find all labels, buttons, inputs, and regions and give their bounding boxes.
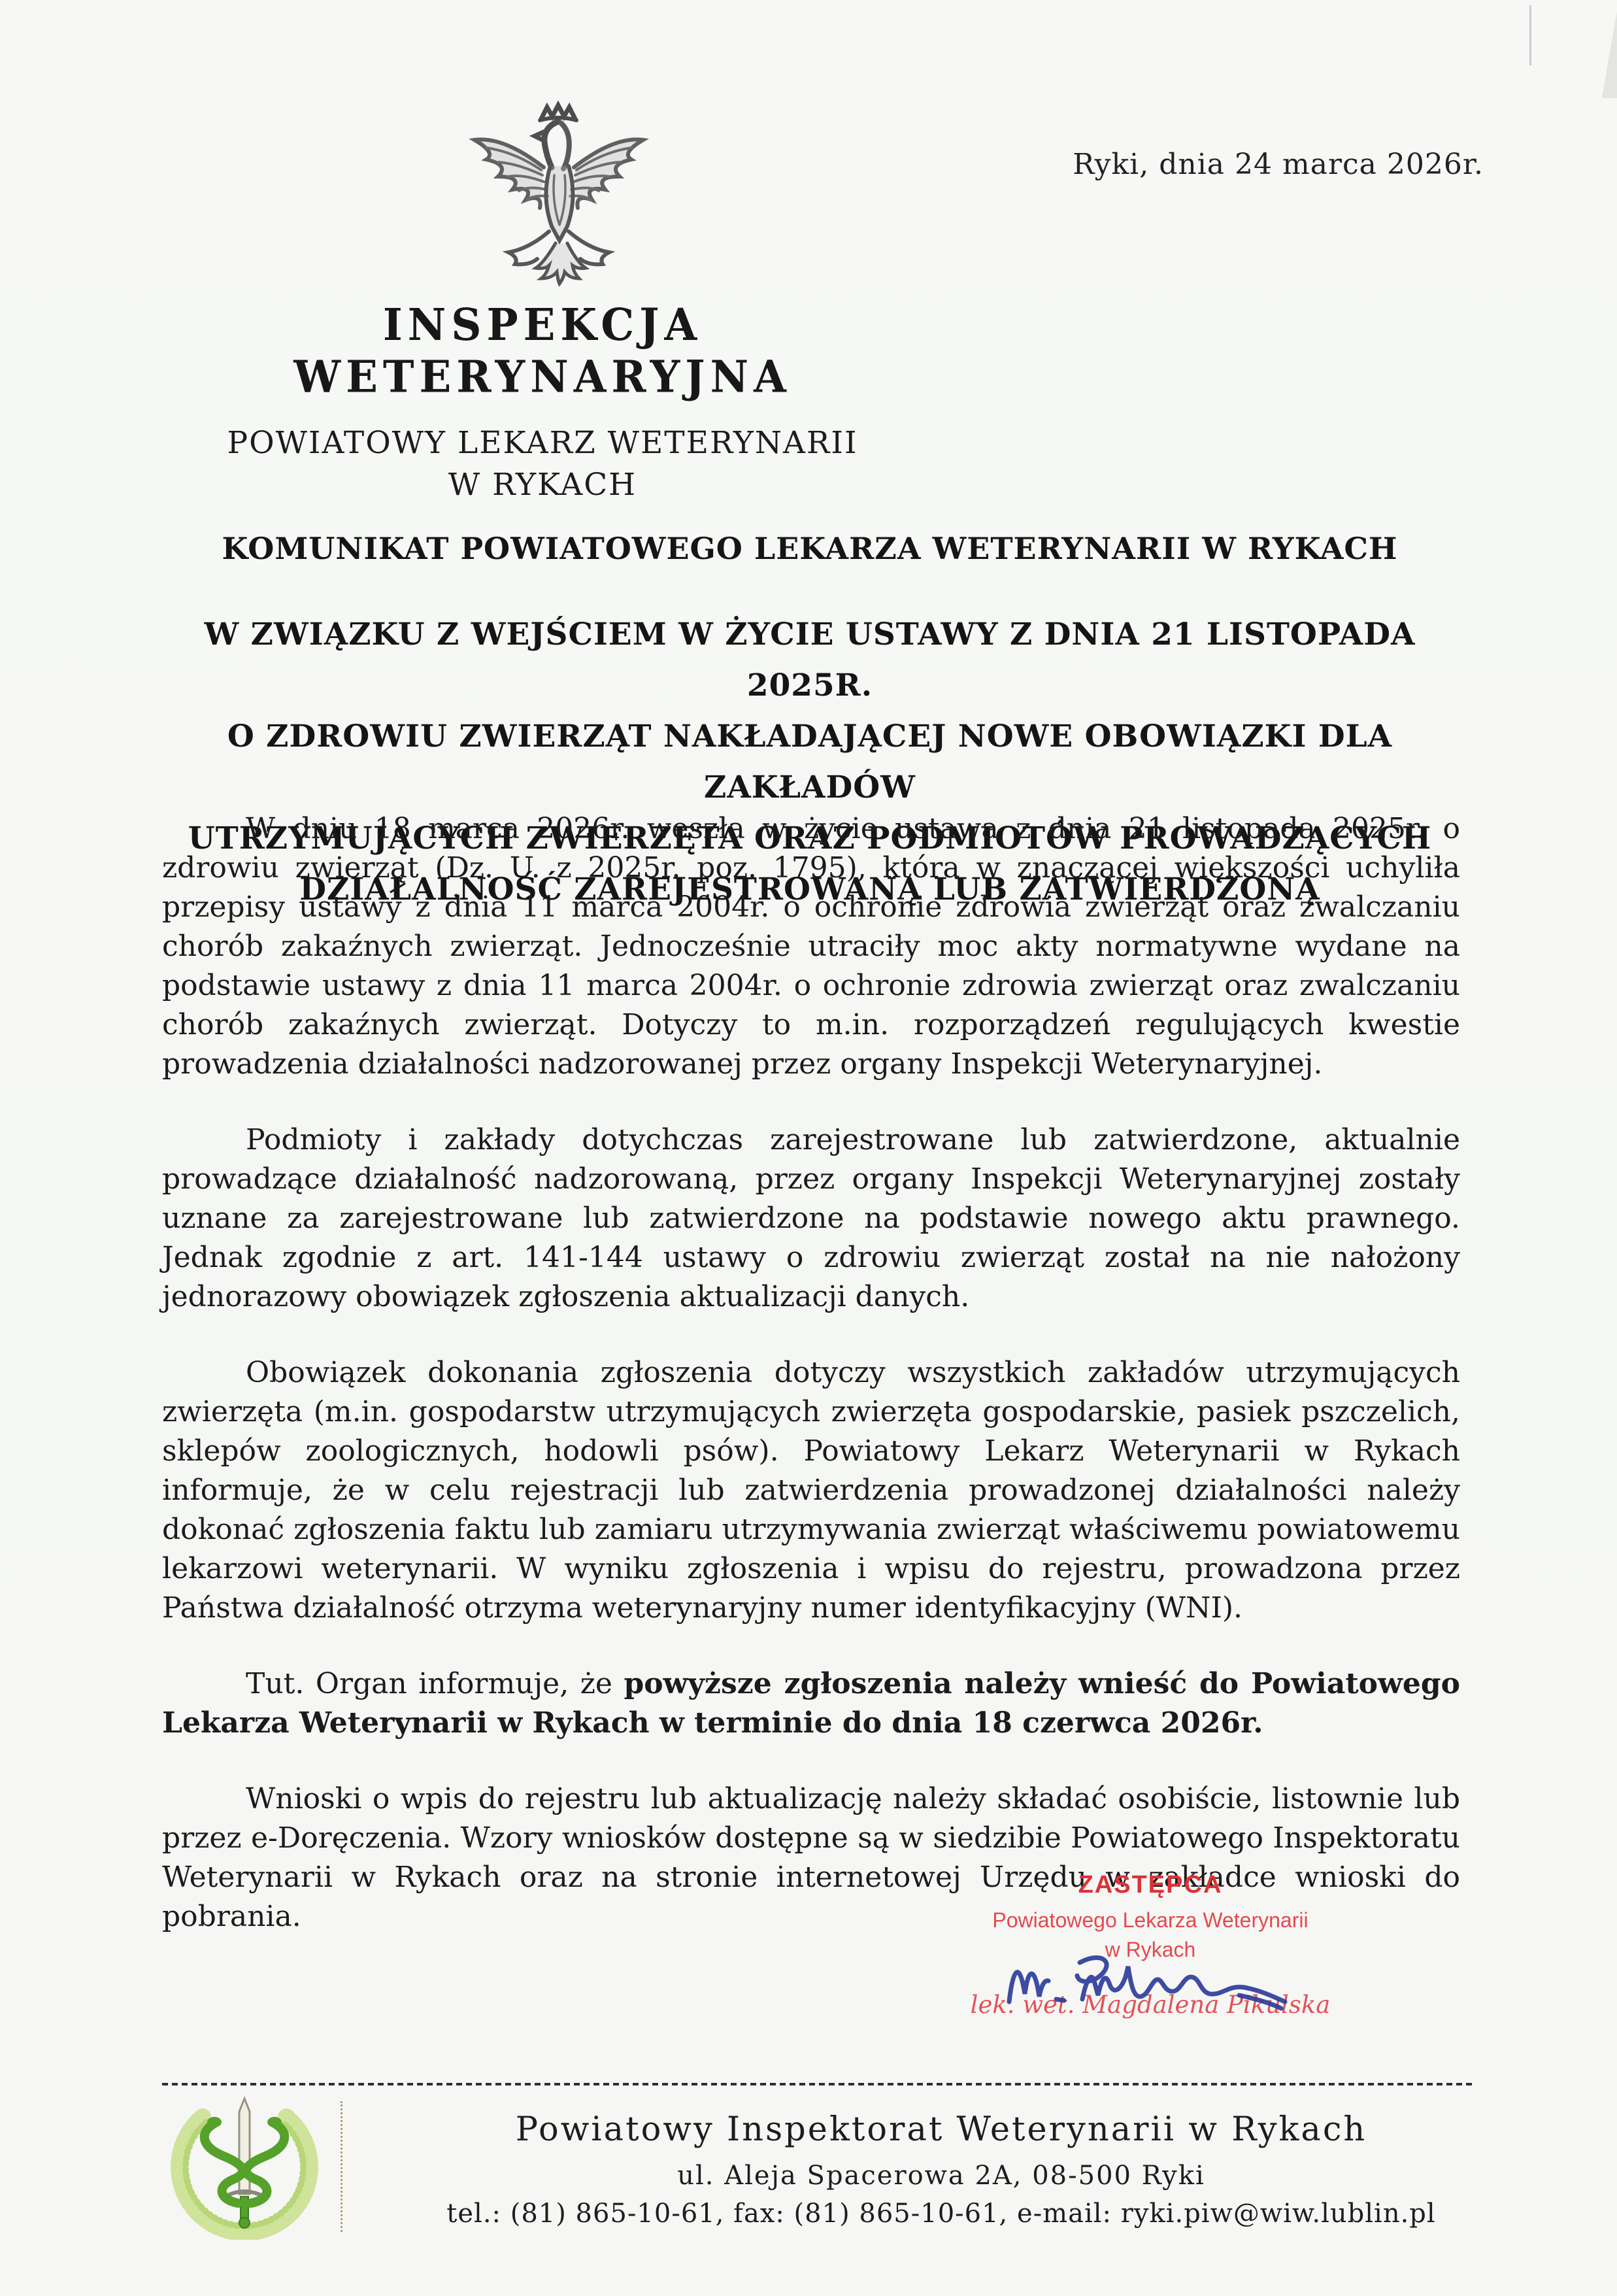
footer-address: ul. Aleja Spacerowa 2A, 08-500 Ryki [366, 2161, 1516, 2191]
office-name-line1: POWIATOWY LEKARZ WETERYNARII [137, 422, 948, 464]
stamp-role: ZASTĘPCA [967, 1871, 1333, 1899]
footer-org-name: Powiatowy Inspektorat Weterynarii w Ryka… [366, 2110, 1516, 2149]
footer-contact: tel.: (81) 865-10-61, fax: (81) 865-10-6… [366, 2199, 1516, 2229]
scanned-letter-page: Ryki, dnia 24 marca 2026r. INSPEKCJA WET… [0, 0, 1617, 2296]
letterhead: INSPEKCJA WETERYNARYJNA POWIATOWY LEKARZ… [137, 302, 948, 506]
paragraph-3: Obowiązek dokonania zgłoszenia dotyczy w… [162, 1353, 1460, 1628]
scan-artifact-corner [1600, 0, 1617, 98]
footer: Powiatowy Inspektorat Weterynarii w Ryka… [366, 2110, 1516, 2229]
footer-vertical-dotted-separator [341, 2101, 342, 2232]
subtitle-line-1: W ZWIĄZKU Z WEJŚCIEM W ŻYCIE USTAWY Z DN… [161, 609, 1459, 711]
polish-eagle-emblem-icon [458, 97, 660, 301]
paragraph-4: Tut. Organ informuje, że powyższe zgłosz… [162, 1664, 1460, 1743]
handwritten-signature [999, 1939, 1293, 2031]
subtitle-line-2: O ZDROWIU ZWIERZĄT NAKŁADAJĄCEJ NOWE OBO… [161, 711, 1459, 813]
body-text: W dniu 18 marca 2026r. weszła w życie us… [162, 809, 1460, 1936]
footer-dashed-separator [162, 2083, 1476, 2085]
office-name-line2: W RYKACH [137, 464, 948, 506]
document-title: KOMUNIKAT POWIATOWEGO LEKARZA WETERYNARI… [161, 531, 1459, 566]
org-name: INSPEKCJA WETERYNARYJNA [137, 299, 948, 403]
stamp-office: Powiatowego Lekarza Weterynarii [967, 1908, 1333, 1933]
date-line: Ryki, dnia 24 marca 2026r. [902, 148, 1484, 181]
scan-artifact-line [1529, 5, 1531, 65]
paragraph-4-prefix: Tut. Organ informuje, że [246, 1667, 624, 1700]
paragraph-2: Podmioty i zakłady dotychczas zarejestro… [162, 1121, 1460, 1317]
paragraph-1: W dniu 18 marca 2026r. weszła w życie us… [162, 809, 1460, 1084]
veterinary-caduceus-logo-icon [169, 2095, 320, 2240]
